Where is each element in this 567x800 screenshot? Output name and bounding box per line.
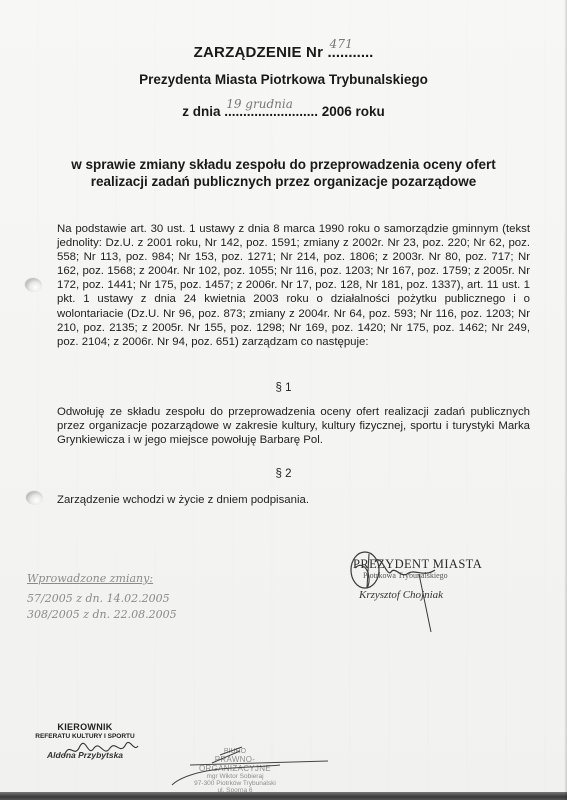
signature-stroke-icon: [345, 548, 455, 638]
document-page: ZARZĄDZENIE Nr ...........471 Prezydenta…: [0, 0, 567, 800]
ordinance-number-handwritten: 471: [330, 37, 354, 51]
section-1-text: Odwołuję ze składu zespołu do przeprowad…: [57, 405, 530, 447]
handwritten-note-title: Wprowadzone zmiany:: [27, 572, 153, 585]
ordinance-subject: w sprawie zmiany składu zespołu do przep…: [0, 156, 567, 190]
signature-stroke-icon: [160, 745, 340, 790]
legal-basis-paragraph: Na podstawie art. 30 ust. 1 ustawy z dni…: [57, 222, 530, 349]
section-2-text: Zarządzenie wchodzi w życie z dniem podp…: [57, 493, 530, 507]
date-field: .........................19 grudnia: [224, 104, 318, 119]
department-head-role: KIEROWNIK: [30, 722, 140, 732]
scan-bottom-edge: [0, 792, 567, 800]
ordinance-title: ZARZĄDZENIE Nr ...........471: [0, 44, 567, 61]
date-line: z dnia .........................19 grudn…: [0, 104, 567, 119]
handwritten-note-line: 57/2005 z dn. 14.02.2005: [27, 592, 170, 605]
punch-hole: [27, 492, 43, 505]
section-2-heading: § 2: [0, 468, 567, 480]
handwritten-note-line: 308/2005 z dn. 22.08.2005: [27, 608, 177, 621]
issuer-line: Prezydenta Miasta Piotrkowa Trybunalskie…: [0, 72, 567, 87]
date-handwritten: 19 grudnia: [226, 97, 293, 111]
punch-hole: [26, 279, 42, 292]
ordinance-number-field: ...........471: [328, 44, 374, 61]
section-1-heading: § 1: [0, 382, 567, 394]
title-text: ZARZĄDZENIE Nr: [194, 44, 328, 61]
signature-stroke-icon: [60, 738, 140, 764]
